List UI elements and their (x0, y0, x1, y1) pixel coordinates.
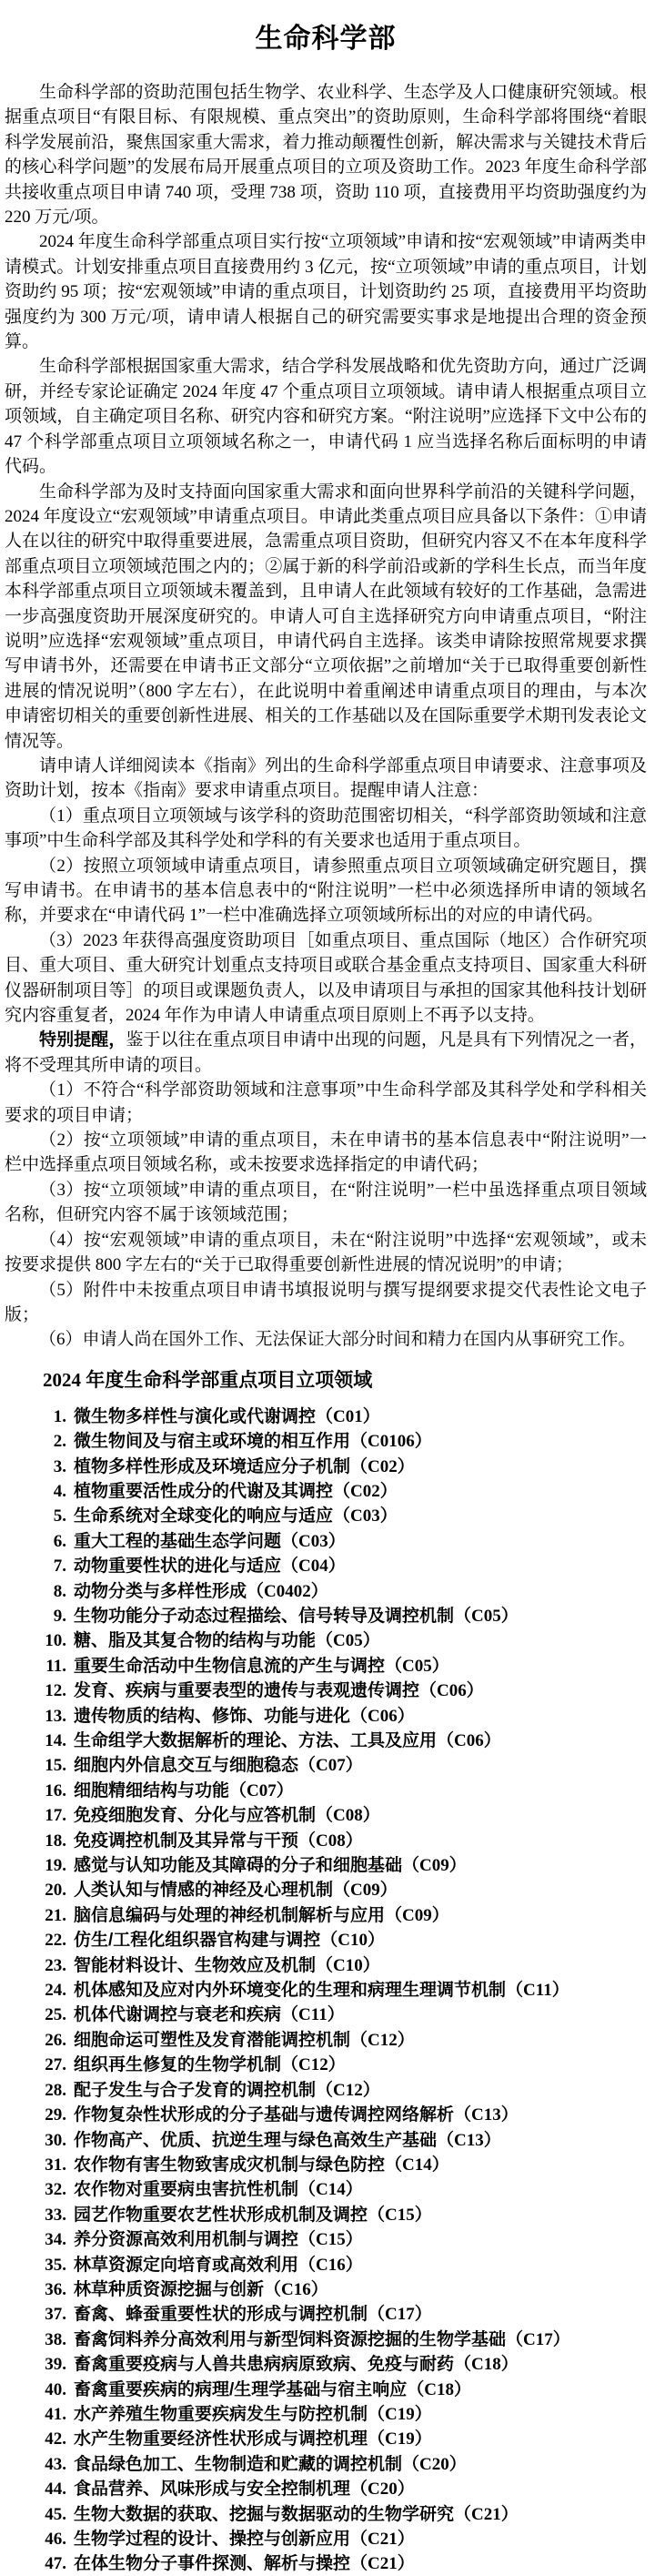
list-item: 3.植物多样性形成及环境适应分子机制（C02） (39, 1455, 647, 1479)
paragraph-text: （4）按“宏观领域”申请的重点项目，未在“附注说明”中选择“宏观领域”，或未按要… (5, 1231, 647, 1274)
list-item: 26.细胞命运可塑性及发育潜能调控机制（C12） (39, 2028, 647, 2053)
list-item: 1.微生物多样性与演化或代谢调控（C01） (39, 1405, 647, 1429)
item-number: 8. (39, 1579, 66, 1604)
item-title: 细胞内外信息交互与细胞稳态 (74, 1756, 298, 1775)
item-number: 25. (39, 2003, 66, 2027)
item-title: 畜禽重要疾病的病理/生理学基础与宿主响应 (74, 2380, 407, 2399)
item-code: （C01） (316, 1407, 380, 1426)
list-item: 34.养分资源高效利用机制与调控（C15） (39, 2227, 647, 2252)
item-title: 细胞命运可塑性及发育潜能调控机制 (74, 2031, 350, 2050)
paragraph-text: （2）按照立项领域申请重点项目，请参照重点项目立项领域确定研究题目，撰写申请书。… (5, 857, 647, 926)
item-code: （C07） (298, 1756, 363, 1775)
item-code: （C09） (402, 1856, 467, 1875)
list-item: 22.仿生/工程化组织器官构建与调控（C10） (39, 1928, 647, 1952)
item-title: 畜禽、蜂蚕重要性状的形成与调控机制 (74, 2305, 368, 2324)
item-number: 46. (39, 2527, 66, 2551)
list-heading: 2024 年度生命科学部重点项目立项领域 (5, 1366, 647, 1394)
paragraph-text: （5）附件中未按重点项目申请书填报说明与撰写提纲要求提交代表性论文电子版； (5, 1281, 647, 1324)
list-item: 27.组织再生修复的生物学机制（C12） (39, 2053, 647, 2077)
paragraph-text: 生命科学部根据国家重大需求，结合学科发展战略和优先资助方向，通过广泛调研，并经专… (5, 357, 647, 476)
item-code: （C09） (333, 1881, 398, 1900)
item-number: 35. (39, 2253, 66, 2277)
list-item: 15.细胞内外信息交互与细胞稳态（C07） (39, 1753, 647, 1778)
item-title: 作物复杂性状形成的分子基础与遗传调控网络解析 (74, 2105, 454, 2125)
item-title: 免疫细胞发育、分化与应答机制 (74, 1806, 316, 1825)
item-title: 免疫调控机制及其异常与干预 (74, 1831, 298, 1851)
item-code: （C10） (320, 1931, 385, 1950)
paragraph-text: 2024 年度生命科学部重点项目实行按“立项领域”申请和按“宏观领域”申请两类申… (5, 232, 647, 351)
item-title: 感觉与认知功能及其障碍的分子和细胞基础 (74, 1856, 402, 1875)
item-title: 机体代谢调控与衰老和疾病 (74, 2005, 281, 2024)
list-item: 35.林草资源定向培育或高效利用（C16） (39, 2253, 647, 2277)
item-code: （C02） (350, 1457, 415, 1476)
item-code: （C13） (454, 2105, 519, 2125)
list-item: 24.机体感知及应对内外环境变化的生理和病理生理调节机制（C11） (39, 1978, 647, 2003)
list-item: 21.脑信息编码与处理的神经机制解析与应用（C09） (39, 1903, 647, 1928)
list-item: 12.发育、疾病与重要表型的遗传与表观遗传调控（C06） (39, 1678, 647, 1703)
paragraph: 2024 年度生命科学部重点项目实行按“立项领域”申请和按“宏观领域”申请两类申… (5, 229, 647, 354)
list-item: 31.农作物有害生物致害成灾机制与绿色防控（C14） (39, 2153, 647, 2177)
list-item: 29.作物复杂性状形成的分子基础与遗传调控网络解析（C13） (39, 2103, 647, 2127)
list-item: 40.畜禽重要疾病的病理/生理学基础与宿主响应（C18） (39, 2378, 647, 2402)
list-item: 10.糖、脂及其复合物的结构与功能（C05） (39, 1628, 647, 1653)
item-title: 细胞精细结构与功能 (74, 1781, 229, 1800)
list-item: 2.微生物间及与宿主或环境的相互作用（C0106） (39, 1429, 647, 1454)
item-code: （C11） (506, 1981, 569, 2000)
item-number: 17. (39, 1803, 66, 1828)
document-page: 生命科学部 生命科学部的资助范围包括生物学、农业科学、生态学及人口健康研究领域。… (0, 0, 655, 2576)
item-number: 18. (39, 1829, 66, 1853)
item-code: （C21） (350, 2554, 415, 2573)
item-title: 水产养殖生物重要疾病发生与防控机制 (74, 2405, 368, 2424)
item-code: （C21） (350, 2530, 415, 2549)
paragraph-text: （3）2023 年获得高强度资助项目［如重点项目、重点国际（地区）合作研究项目、… (5, 931, 647, 1025)
list-item: 28.配子发生与合子发育的调控机制（C12） (39, 2078, 647, 2103)
paragraph: 生命科学部为及时支持面向国家重大需求和面向世界科学前沿的关键科学问题，2024 … (5, 480, 647, 754)
item-code: （C16） (264, 2280, 328, 2299)
item-code: （C05） (316, 1631, 380, 1650)
item-number: 42. (39, 2427, 66, 2451)
item-number: 37. (39, 2302, 66, 2327)
priority-areas-list: 1.微生物多样性与演化或代谢调控（C01）2.微生物间及与宿主或环境的相互作用（… (5, 1405, 647, 2576)
item-number: 41. (39, 2402, 66, 2427)
list-item: 17.免疫细胞发育、分化与应答机制（C08） (39, 1803, 647, 1828)
paragraph: 生命科学部根据国家重大需求，结合学科发展战略和优先资助方向，通过广泛调研，并经专… (5, 354, 647, 479)
item-title: 植物重要活性成分的代谢及其调控 (74, 1482, 333, 1501)
item-code: （C03） (333, 1506, 398, 1526)
item-title: 组织再生修复的生物学机制 (74, 2055, 281, 2074)
item-code: （C15） (368, 2206, 432, 2225)
item-number: 26. (39, 2028, 66, 2053)
list-item: 46.生物学过程的设计、操控与创新应用（C21） (39, 2527, 647, 2551)
item-title: 动物分类与多样性形成 (74, 1582, 247, 1601)
paragraph-text: （1）不符合“科学部资助领域和注意事项”中生命科学部及其科学处和学科相关要求的项… (5, 1080, 647, 1124)
item-number: 16. (39, 1779, 66, 1803)
list-item: 42.水产生物重要经济性状形成与调控机理（C19） (39, 2427, 647, 2451)
item-title: 生命组学大数据解析的理论、方法、工具及应用 (74, 1731, 437, 1750)
item-title: 重大工程的基础生态学问题 (74, 1532, 281, 1551)
list-item: 18.免疫调控机制及其异常与干预（C08） (39, 1829, 647, 1853)
paragraph-text: （6）申请人尚在国外工作、无法保证大部分时间和精力在国内从事研究工作。 (39, 1330, 636, 1349)
item-code: （C06） (437, 1731, 501, 1750)
item-code: （C07） (229, 1781, 294, 1800)
list-item: 32.农作物对重要病虫害抗性机制（C14） (39, 2177, 647, 2202)
item-title: 生命系统对全球变化的响应与适应 (74, 1506, 333, 1526)
paragraph: （1）重点项目立项领域与该学科的资助范围密切相关，“科学部资助领域和注意事项”中… (5, 804, 647, 854)
list-item: 39.畜禽重要疫病与人兽共患病病原致病、免疫与耐药（C18） (39, 2352, 647, 2377)
item-title: 微生物多样性与演化或代谢调控 (74, 1407, 316, 1426)
list-item: 41.水产养殖生物重要疾病发生与防控机制（C19） (39, 2402, 647, 2427)
paragraph: （6）申请人尚在国外工作、无法保证大部分时间和精力在国内从事研究工作。 (5, 1327, 647, 1352)
list-item: 13.遗传物质的结构、修饰、功能与进化（C06） (39, 1704, 647, 1729)
paragraph: （4）按“宏观领域”申请的重点项目，未在“附注说明”中选择“宏观领域”，或未按要… (5, 1228, 647, 1278)
item-title: 配子发生与合子发育的调控机制 (74, 2081, 316, 2100)
item-code: （C05） (385, 1657, 449, 1676)
item-code: （C14） (298, 2180, 363, 2199)
list-item: 11.重要生命活动中生物信息流的产生与调控（C05） (39, 1654, 647, 1678)
item-number: 29. (39, 2103, 66, 2127)
item-title: 动物重要性状的进化与适应 (74, 1557, 281, 1576)
item-title: 食品绿色加工、生物制造和贮藏的调控机制 (74, 2455, 402, 2474)
item-title: 在体生物分子事件探测、解析与操控 (74, 2554, 350, 2573)
item-number: 39. (39, 2352, 66, 2377)
list-item: 4.植物重要活性成分的代谢及其调控（C02） (39, 1479, 647, 1504)
item-code: （C14） (385, 2155, 449, 2175)
item-title: 农作物对重要病虫害抗性机制 (74, 2180, 298, 2199)
item-number: 22. (39, 1928, 66, 1952)
item-code: （C19） (368, 2429, 432, 2449)
item-title: 重要生命活动中生物信息流的产生与调控 (74, 1657, 385, 1676)
item-number: 1. (39, 1405, 66, 1429)
list-item: 45.生物大数据的获取、挖掘与数据驱动的生物学研究（C21） (39, 2502, 647, 2527)
paragraph-bold-lead: 特别提醒， (39, 1030, 126, 1050)
item-code: （C0402） (247, 1582, 328, 1601)
item-title: 食品营养、风味形成与安全控制机理 (74, 2480, 350, 2499)
item-code: （C08） (316, 1806, 380, 1825)
item-number: 4. (39, 1479, 66, 1504)
item-code: （C03） (281, 1532, 346, 1551)
item-code: （C06） (419, 1681, 484, 1700)
list-item: 5.生命系统对全球变化的响应与适应（C03） (39, 1504, 647, 1528)
item-code: （C0106） (350, 1432, 432, 1451)
item-code: （C08） (298, 1831, 363, 1851)
item-title: 发育、疾病与重要表型的遗传与表观遗传调控 (74, 1681, 419, 1700)
body-paragraphs: 生命科学部的资助范围包括生物学、农业科学、生态学及人口健康研究领域。根据重点项目… (5, 80, 647, 1353)
list-item: 7.动物重要性状的进化与适应（C04） (39, 1554, 647, 1578)
item-number: 43. (39, 2452, 66, 2477)
item-code: （C18） (407, 2380, 471, 2399)
item-number: 19. (39, 1853, 66, 1878)
item-title: 生物学过程的设计、操控与创新应用 (74, 2530, 350, 2549)
item-number: 23. (39, 1953, 66, 1978)
list-item: 47.在体生物分子事件探测、解析与操控（C21） (39, 2551, 647, 2576)
item-number: 34. (39, 2227, 66, 2252)
item-title: 养分资源高效利用机制与调控 (74, 2230, 298, 2249)
paragraph: 特别提醒，鉴于以往在重点项目申请中出现的问题，凡是具有下列情况之一者，将不受理其… (5, 1028, 647, 1078)
paragraph: （1）不符合“科学部资助领域和注意事项”中生命科学部及其科学处和学科相关要求的项… (5, 1078, 647, 1128)
list-item: 16.细胞精细结构与功能（C07） (39, 1779, 647, 1803)
item-code: （C11） (281, 2005, 345, 2024)
item-number: 7. (39, 1554, 66, 1578)
item-number: 9. (39, 1604, 66, 1628)
item-number: 21. (39, 1903, 66, 1928)
item-number: 33. (39, 2203, 66, 2227)
item-number: 44. (39, 2477, 66, 2501)
item-title: 林草资源定向培育或高效利用 (74, 2256, 298, 2275)
item-title: 畜禽重要疫病与人兽共患病病原致病、免疫与耐药 (74, 2355, 454, 2374)
item-number: 27. (39, 2053, 66, 2077)
list-item: 19.感觉与认知功能及其障碍的分子和细胞基础（C09） (39, 1853, 647, 1878)
list-item: 38.畜禽饲料养分高效利用与新型饲料资源挖掘的生物学基础（C17） (39, 2328, 647, 2352)
item-number: 13. (39, 1704, 66, 1729)
paragraph: （3）按“立项领域”申请的重点项目，在“附注说明”一栏中虽选择重点项目领域名称，… (5, 1178, 647, 1228)
paragraph: （3）2023 年获得高强度资助项目［如重点项目、重点国际（地区）合作研究项目、… (5, 928, 647, 1029)
list-item: 37.畜禽、蜂蚕重要性状的形成与调控机制（C17） (39, 2302, 647, 2327)
item-number: 6. (39, 1529, 66, 1554)
item-number: 11. (39, 1654, 66, 1678)
paragraph: 生命科学部的资助范围包括生物学、农业科学、生态学及人口健康研究领域。根据重点项目… (5, 80, 647, 229)
item-number: 15. (39, 1753, 66, 1778)
item-number: 20. (39, 1878, 66, 1902)
item-title: 生物功能分子动态过程描绘、信号转导及调控机制 (74, 1607, 454, 1626)
item-code: （C21） (454, 2505, 519, 2524)
item-title: 遗传物质的结构、修饰、功能与进化 (74, 1707, 350, 1726)
item-title: 微生物间及与宿主或环境的相互作用 (74, 1432, 350, 1451)
list-item: 33.园艺作物重要农艺性状形成机制及调控（C15） (39, 2203, 647, 2227)
paragraph-text: （1）重点项目立项领域与该学科的资助范围密切相关，“科学部资助领域和注意事项”中… (5, 806, 647, 850)
item-title: 糖、脂及其复合物的结构与功能 (74, 1631, 316, 1650)
paragraph-text: 生命科学部的资助范围包括生物学、农业科学、生态学及人口健康研究领域。根据重点项目… (5, 83, 647, 227)
item-title: 作物高产、优质、抗逆生理与绿色高效生产基础 (74, 2131, 437, 2150)
item-title: 智能材料设计、生物效应及机制 (74, 1956, 316, 1975)
item-code: （C19） (368, 2405, 432, 2424)
item-code: （C16） (298, 2256, 363, 2275)
item-code: （C17） (506, 2330, 570, 2349)
item-number: 3. (39, 1455, 66, 1479)
item-number: 24. (39, 1978, 66, 2003)
paragraph: （5）附件中未按重点项目申请书填报说明与撰写提纲要求提交代表性论文电子版； (5, 1278, 647, 1328)
list-item: 30.作物高产、优质、抗逆生理与绿色高效生产基础（C13） (39, 2128, 647, 2153)
list-item: 14.生命组学大数据解析的理论、方法、工具及应用（C06） (39, 1729, 647, 1753)
item-title: 水产生物重要经济性状形成与调控机理 (74, 2429, 368, 2449)
paragraph-text: 请申请人详细阅读本《指南》列出的生命科学部重点项目申请要求、注意事项及资助计划，… (5, 756, 647, 800)
item-title: 园艺作物重要农艺性状形成机制及调控 (74, 2206, 368, 2225)
item-title: 畜禽饲料养分高效利用与新型饲料资源挖掘的生物学基础 (74, 2330, 506, 2349)
list-item: 43.食品绿色加工、生物制造和贮藏的调控机制（C20） (39, 2452, 647, 2477)
paragraph: 请申请人详细阅读本《指南》列出的生命科学部重点项目申请要求、注意事项及资助计划，… (5, 754, 647, 804)
paragraph-text: 生命科学部为及时支持面向国家重大需求和面向世界科学前沿的关键科学问题，2024 … (5, 482, 647, 751)
page-title: 生命科学部 (5, 24, 647, 55)
list-item: 36.林草种质资源挖掘与创新（C16） (39, 2277, 647, 2302)
item-number: 31. (39, 2153, 66, 2177)
item-code: （C18） (454, 2355, 519, 2374)
item-code: （C15） (298, 2230, 363, 2249)
item-number: 10. (39, 1628, 66, 1653)
item-number: 32. (39, 2177, 66, 2202)
item-number: 40. (39, 2378, 66, 2402)
paragraph: （2）按照立项领域申请重点项目，请参照重点项目立项领域确定研究题目，撰写申请书。… (5, 854, 647, 928)
item-code: （C20） (350, 2480, 415, 2499)
paragraph-text: （3）按“立项领域”申请的重点项目，在“附注说明”一栏中虽选择重点项目领域名称，… (5, 1181, 647, 1224)
item-code: （C02） (333, 1482, 398, 1501)
item-code: （C12） (281, 2055, 346, 2074)
item-title: 植物多样性形成及环境适应分子机制 (74, 1457, 350, 1476)
list-item: 44.食品营养、风味形成与安全控制机理（C20） (39, 2477, 647, 2501)
item-title: 林草种质资源挖掘与创新 (74, 2280, 264, 2299)
item-title: 机体感知及应对内外环境变化的生理和病理生理调节机制 (74, 1981, 506, 2000)
item-title: 脑信息编码与处理的神经机制解析与应用 (74, 1906, 385, 1925)
item-code: （C09） (385, 1906, 449, 1925)
item-code: （C17） (368, 2305, 432, 2324)
item-code: （C10） (316, 1956, 380, 1975)
list-item: 20.人类认知与情感的神经及心理机制（C09） (39, 1878, 647, 1902)
item-code: （C04） (281, 1557, 346, 1576)
list-item: 25.机体代谢调控与衰老和疾病（C11） (39, 2003, 647, 2027)
item-number: 30. (39, 2128, 66, 2153)
item-code: （C13） (437, 2131, 501, 2150)
paragraph-text: （2）按“立项领域”申请的重点项目，未在申请书的基本信息表中“附注说明”一栏中选… (5, 1131, 647, 1174)
item-number: 47. (39, 2551, 66, 2576)
item-code: （C05） (454, 1607, 519, 1626)
item-number: 2. (39, 1429, 66, 1454)
item-number: 5. (39, 1504, 66, 1528)
item-code: （C12） (316, 2081, 380, 2100)
item-code: （C06） (350, 1707, 415, 1726)
list-item: 9.生物功能分子动态过程描绘、信号转导及调控机制（C05） (39, 1604, 647, 1628)
item-code: （C20） (402, 2455, 467, 2474)
item-title: 人类认知与情感的神经及心理机制 (74, 1881, 333, 1900)
item-number: 38. (39, 2328, 66, 2352)
list-item: 8.动物分类与多样性形成（C0402） (39, 1579, 647, 1604)
list-item: 6.重大工程的基础生态学问题（C03） (39, 1529, 647, 1554)
item-code: （C12） (350, 2031, 415, 2050)
item-title: 生物大数据的获取、挖掘与数据驱动的生物学研究 (74, 2505, 454, 2524)
item-number: 28. (39, 2078, 66, 2103)
item-number: 36. (39, 2277, 66, 2302)
item-number: 14. (39, 1729, 66, 1753)
item-title: 仿生/工程化组织器官构建与调控 (74, 1931, 320, 1950)
item-number: 12. (39, 1678, 66, 1703)
item-title: 农作物有害生物致害成灾机制与绿色防控 (74, 2155, 385, 2175)
list-item: 23.智能材料设计、生物效应及机制（C10） (39, 1953, 647, 1978)
item-number: 45. (39, 2502, 66, 2527)
paragraph: （2）按“立项领域”申请的重点项目，未在申请书的基本信息表中“附注说明”一栏中选… (5, 1128, 647, 1178)
